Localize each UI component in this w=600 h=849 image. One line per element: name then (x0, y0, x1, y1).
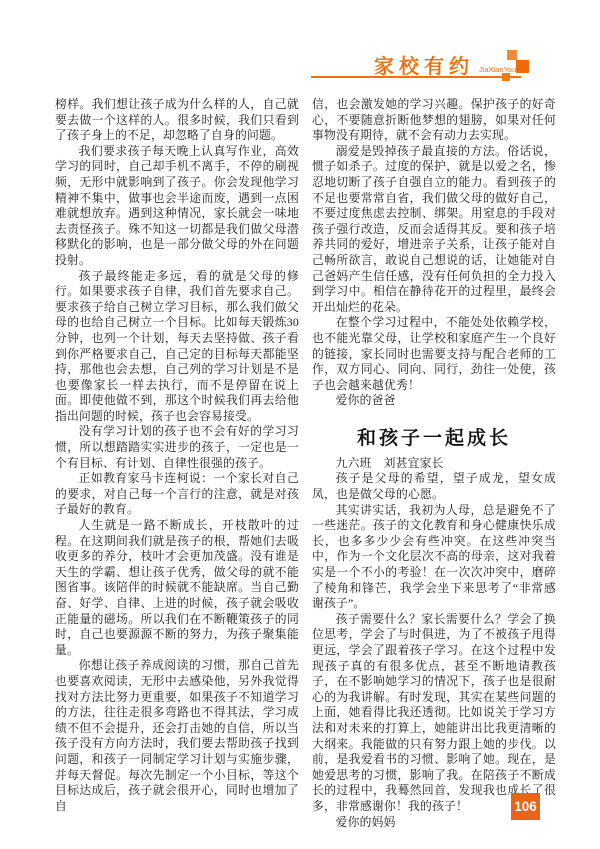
left-column: 榜样。我们想让孩子成为什么样的人，自己就要去做一个这样的人。很多时候，我们只看到… (55, 97, 299, 830)
pixel-square-icon (507, 50, 517, 60)
text-columns: 榜样。我们想让孩子成为什么样的人，自己就要去做一个这样的人。很多时候，我们只看到… (55, 97, 556, 830)
article2-title: 和孩子一起成长 (312, 423, 556, 450)
paragraph: 没有学习计划的孩子也不会有好的学习习惯，所以想踏踏实实进步的孩子，一定也是一个有… (55, 424, 299, 471)
paragraph: 信，也会激发她的学习兴趣。保护孩子的好奇心，不要随意折断他梦想的翅膀，如果对任何… (312, 97, 556, 144)
right-column: 信，也会激发她的学习兴趣。保护孩子的好奇心，不要随意折断他梦想的翅膀，如果对任何… (312, 97, 556, 830)
section-title: 家校有约 (374, 50, 474, 79)
paragraph: 人生就是一路不断成长，开枝散叶的过程。在这期间我们就是孩子的根，帮她们去吸收更多… (55, 518, 299, 658)
page-number-badge: 106 (511, 793, 540, 820)
paragraph: 在整个学习过程中，不能处处依赖学校，也不能光靠父母，让学校和家庭产生一个良好的链… (312, 315, 556, 393)
paragraph: 孩子需要什么？家长需要什么？学会了换位思考，学会了与时俱进，为了不被孩子甩得更远… (312, 612, 556, 815)
pixel-square-icon (516, 60, 529, 73)
paragraph: 我们要求孩子每天晚上认真写作业，高效学习的同时，自己却手机不离手，不停的刷视频，… (55, 144, 299, 269)
paragraph: 你想让孩子养成阅读的习惯，那自己首先也要喜欢阅读，无形中去感染他，另外我觉得找对… (55, 658, 299, 814)
paragraph: 正如教育家马卡连柯说：一个家长对自己的要求，对自己每一个言行的注意，就是对孩子最… (55, 471, 299, 518)
paragraph: 其实讲实话，我初为人母，总是避免不了一些迷茫。孩子的文化教育和身心健康快乐成长，… (312, 503, 556, 612)
article2-byline: 九六班 刘甚宜家长 (312, 456, 556, 472)
pixel-square-icon (502, 73, 510, 81)
article1-signoff: 爱你的爸爸 (312, 393, 556, 409)
paragraph: 孩子最终能走多远，看的就是父母的修行。如果要求孩子自律，我们首先要求自己。要求孩… (55, 269, 299, 425)
magazine-page: 家校有约 JiaXiaoYouYue 榜样。我们想让孩子成为什么样的人，自己就要… (0, 0, 600, 849)
paragraph: 溺爱是毁掉孩子最直接的方法。俗话说，惯子如杀子。过度的保护，就是以爱之名，惨忍地… (312, 144, 556, 316)
paragraph: 榜样。我们想让孩子成为什么样的人，自己就要去做一个这样的人。很多时候，我们只看到… (55, 97, 299, 144)
paragraph: 孩子是父母的希望，望子成龙，望女成凤，也是做父母的心愿。 (312, 471, 556, 502)
